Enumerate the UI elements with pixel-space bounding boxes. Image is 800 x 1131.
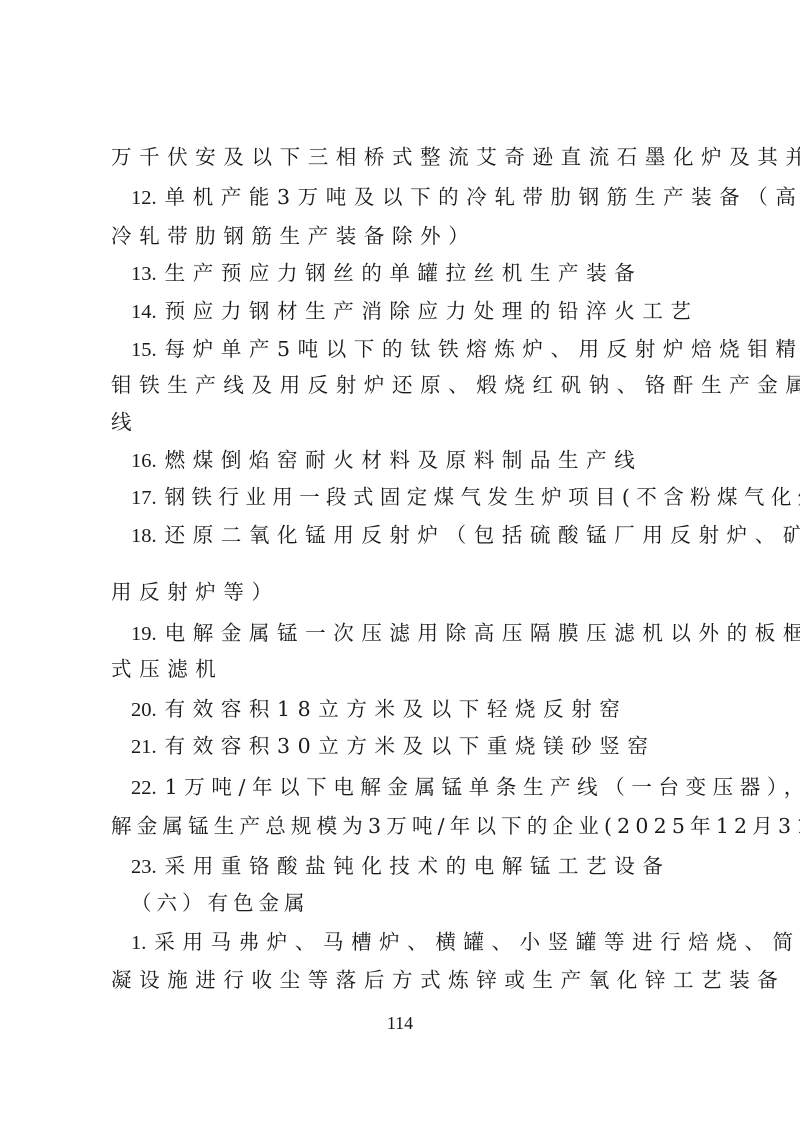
text-line-continuation: 万千伏安及以下三相桥式整流艾奇逊直流石墨化炉及其并联机组 xyxy=(111,143,701,171)
list-item-23: 23.采用重铬酸盐钝化技术的电解锰工艺设备 xyxy=(131,852,721,880)
item-number: 17. xyxy=(131,487,157,509)
item-text: 生产预应力钢丝的单罐拉丝机生产装备 xyxy=(165,261,643,285)
line-text: 万千伏安及以下三相桥式整流艾奇逊直流石墨化炉及其并联机组 xyxy=(111,145,800,169)
item-number: 22. xyxy=(131,777,157,799)
item-number: 16. xyxy=(131,450,157,472)
item-number: 15. xyxy=(131,339,157,361)
text-line-continuation: 冷轧带肋钢筋生产装备除外） xyxy=(111,222,701,250)
heading-text: （六）有色金属 xyxy=(131,891,310,915)
item-text: 1万吨/年以下电解金属锰单条生产线（一台变压器），电 xyxy=(165,775,800,799)
list-item-22: 22.1万吨/年以下电解金属锰单条生产线（一台变压器），电 xyxy=(131,773,721,801)
text-line-continuation: 用反射炉等） xyxy=(111,578,701,606)
item-number: 18. xyxy=(131,525,157,547)
document-page: 万千伏安及以下三相桥式整流艾奇逊直流石墨化炉及其并联机组 12.单机产能3万吨及… xyxy=(0,0,800,1131)
item-text: 电解金属锰一次压滤用除高压隔膜压滤机以外的板框、箱 xyxy=(165,621,800,645)
item-text: 每炉单产5吨以下的钛铁熔炼炉、用反射炉焙烧钼精矿的 xyxy=(165,337,800,361)
item-number: 14. xyxy=(131,301,157,323)
section-heading-nonferrous-metals: （六）有色金属 xyxy=(131,889,721,917)
line-text: 线 xyxy=(111,410,139,434)
line-text: 凝设施进行收尘等落后方式炼锌或生产氧化锌工艺装备 xyxy=(111,968,785,992)
line-text: 冷轧带肋钢筋生产装备除外） xyxy=(111,224,476,248)
list-item-1: 1.采用马弗炉、马槽炉、横罐、小竖罐等进行焙烧、简易冷 xyxy=(131,928,721,956)
item-text: 采用马弗炉、马槽炉、横罐、小竖罐等进行焙烧、简易冷 xyxy=(154,930,800,954)
text-line-continuation: 解金属锰生产总规模为3万吨/年以下的企业(2025年12月31日) xyxy=(111,812,701,840)
item-number: 1. xyxy=(131,932,146,954)
text-line-continuation: 凝设施进行收尘等落后方式炼锌或生产氧化锌工艺装备 xyxy=(111,966,701,994)
item-number: 20. xyxy=(131,699,157,721)
list-item-20: 20.有效容积18立方米及以下轻烧反射窑 xyxy=(131,695,721,723)
item-text: 单机产能3万吨及以下的冷轧带肋钢筋生产装备（高延性 xyxy=(165,185,800,209)
list-item-14: 14.预应力钢材生产消除应力处理的铅淬火工艺 xyxy=(131,297,721,325)
item-number: 12. xyxy=(131,187,157,209)
item-number: 19. xyxy=(131,623,157,645)
item-text: 有效容积18立方米及以下轻烧反射窑 xyxy=(165,697,628,721)
item-text: 预应力钢材生产消除应力处理的铅淬火工艺 xyxy=(165,299,699,323)
item-number: 23. xyxy=(131,856,157,878)
text-line-continuation: 线 xyxy=(111,408,701,436)
item-number: 21. xyxy=(131,736,157,758)
item-text: 采用重铬酸盐钝化技术的电解锰工艺设备 xyxy=(165,854,671,878)
item-text: 还原二氧化锰用反射炉（包括硫酸锰厂用反射炉、矿粉厂 xyxy=(165,523,800,547)
list-item-16: 16.燃煤倒焰窑耐火材料及原料制品生产线 xyxy=(131,446,721,474)
list-item-17: 17.钢铁行业用一段式固定煤气发生炉项目(不含粉煤气化炉) xyxy=(131,483,721,511)
item-text: 有效容积30立方米及以下重烧镁砂竖窑 xyxy=(165,734,656,758)
item-number: 13. xyxy=(131,263,157,285)
item-text: 燃煤倒焰窑耐火材料及原料制品生产线 xyxy=(165,448,643,472)
item-text: 钢铁行业用一段式固定煤气发生炉项目(不含粉煤气化炉) xyxy=(165,485,800,509)
text-line-continuation: 式压滤机 xyxy=(111,655,701,683)
page-number: 114 xyxy=(0,1011,800,1035)
line-text: 解金属锰生产总规模为3万吨/年以下的企业(2025年12月31日) xyxy=(111,814,800,838)
list-item-18: 18.还原二氧化锰用反射炉（包括硫酸锰厂用反射炉、矿粉厂 xyxy=(131,521,721,549)
line-text: 钼铁生产线及用反射炉还原、煅烧红矾钠、铬酐生产金属铬的生产 xyxy=(111,373,800,397)
text-line-continuation: 钼铁生产线及用反射炉还原、煅烧红矾钠、铬酐生产金属铬的生产 xyxy=(111,371,701,399)
list-item-21: 21.有效容积30立方米及以下重烧镁砂竖窑 xyxy=(131,732,721,760)
list-item-13: 13.生产预应力钢丝的单罐拉丝机生产装备 xyxy=(131,259,721,287)
list-item-15: 15.每炉单产5吨以下的钛铁熔炼炉、用反射炉焙烧钼精矿的 xyxy=(131,335,721,363)
list-item-12: 12.单机产能3万吨及以下的冷轧带肋钢筋生产装备（高延性 xyxy=(131,183,721,211)
list-item-19: 19.电解金属锰一次压滤用除高压隔膜压滤机以外的板框、箱 xyxy=(131,619,721,647)
line-text: 用反射炉等） xyxy=(111,580,280,604)
line-text: 式压滤机 xyxy=(111,657,223,681)
